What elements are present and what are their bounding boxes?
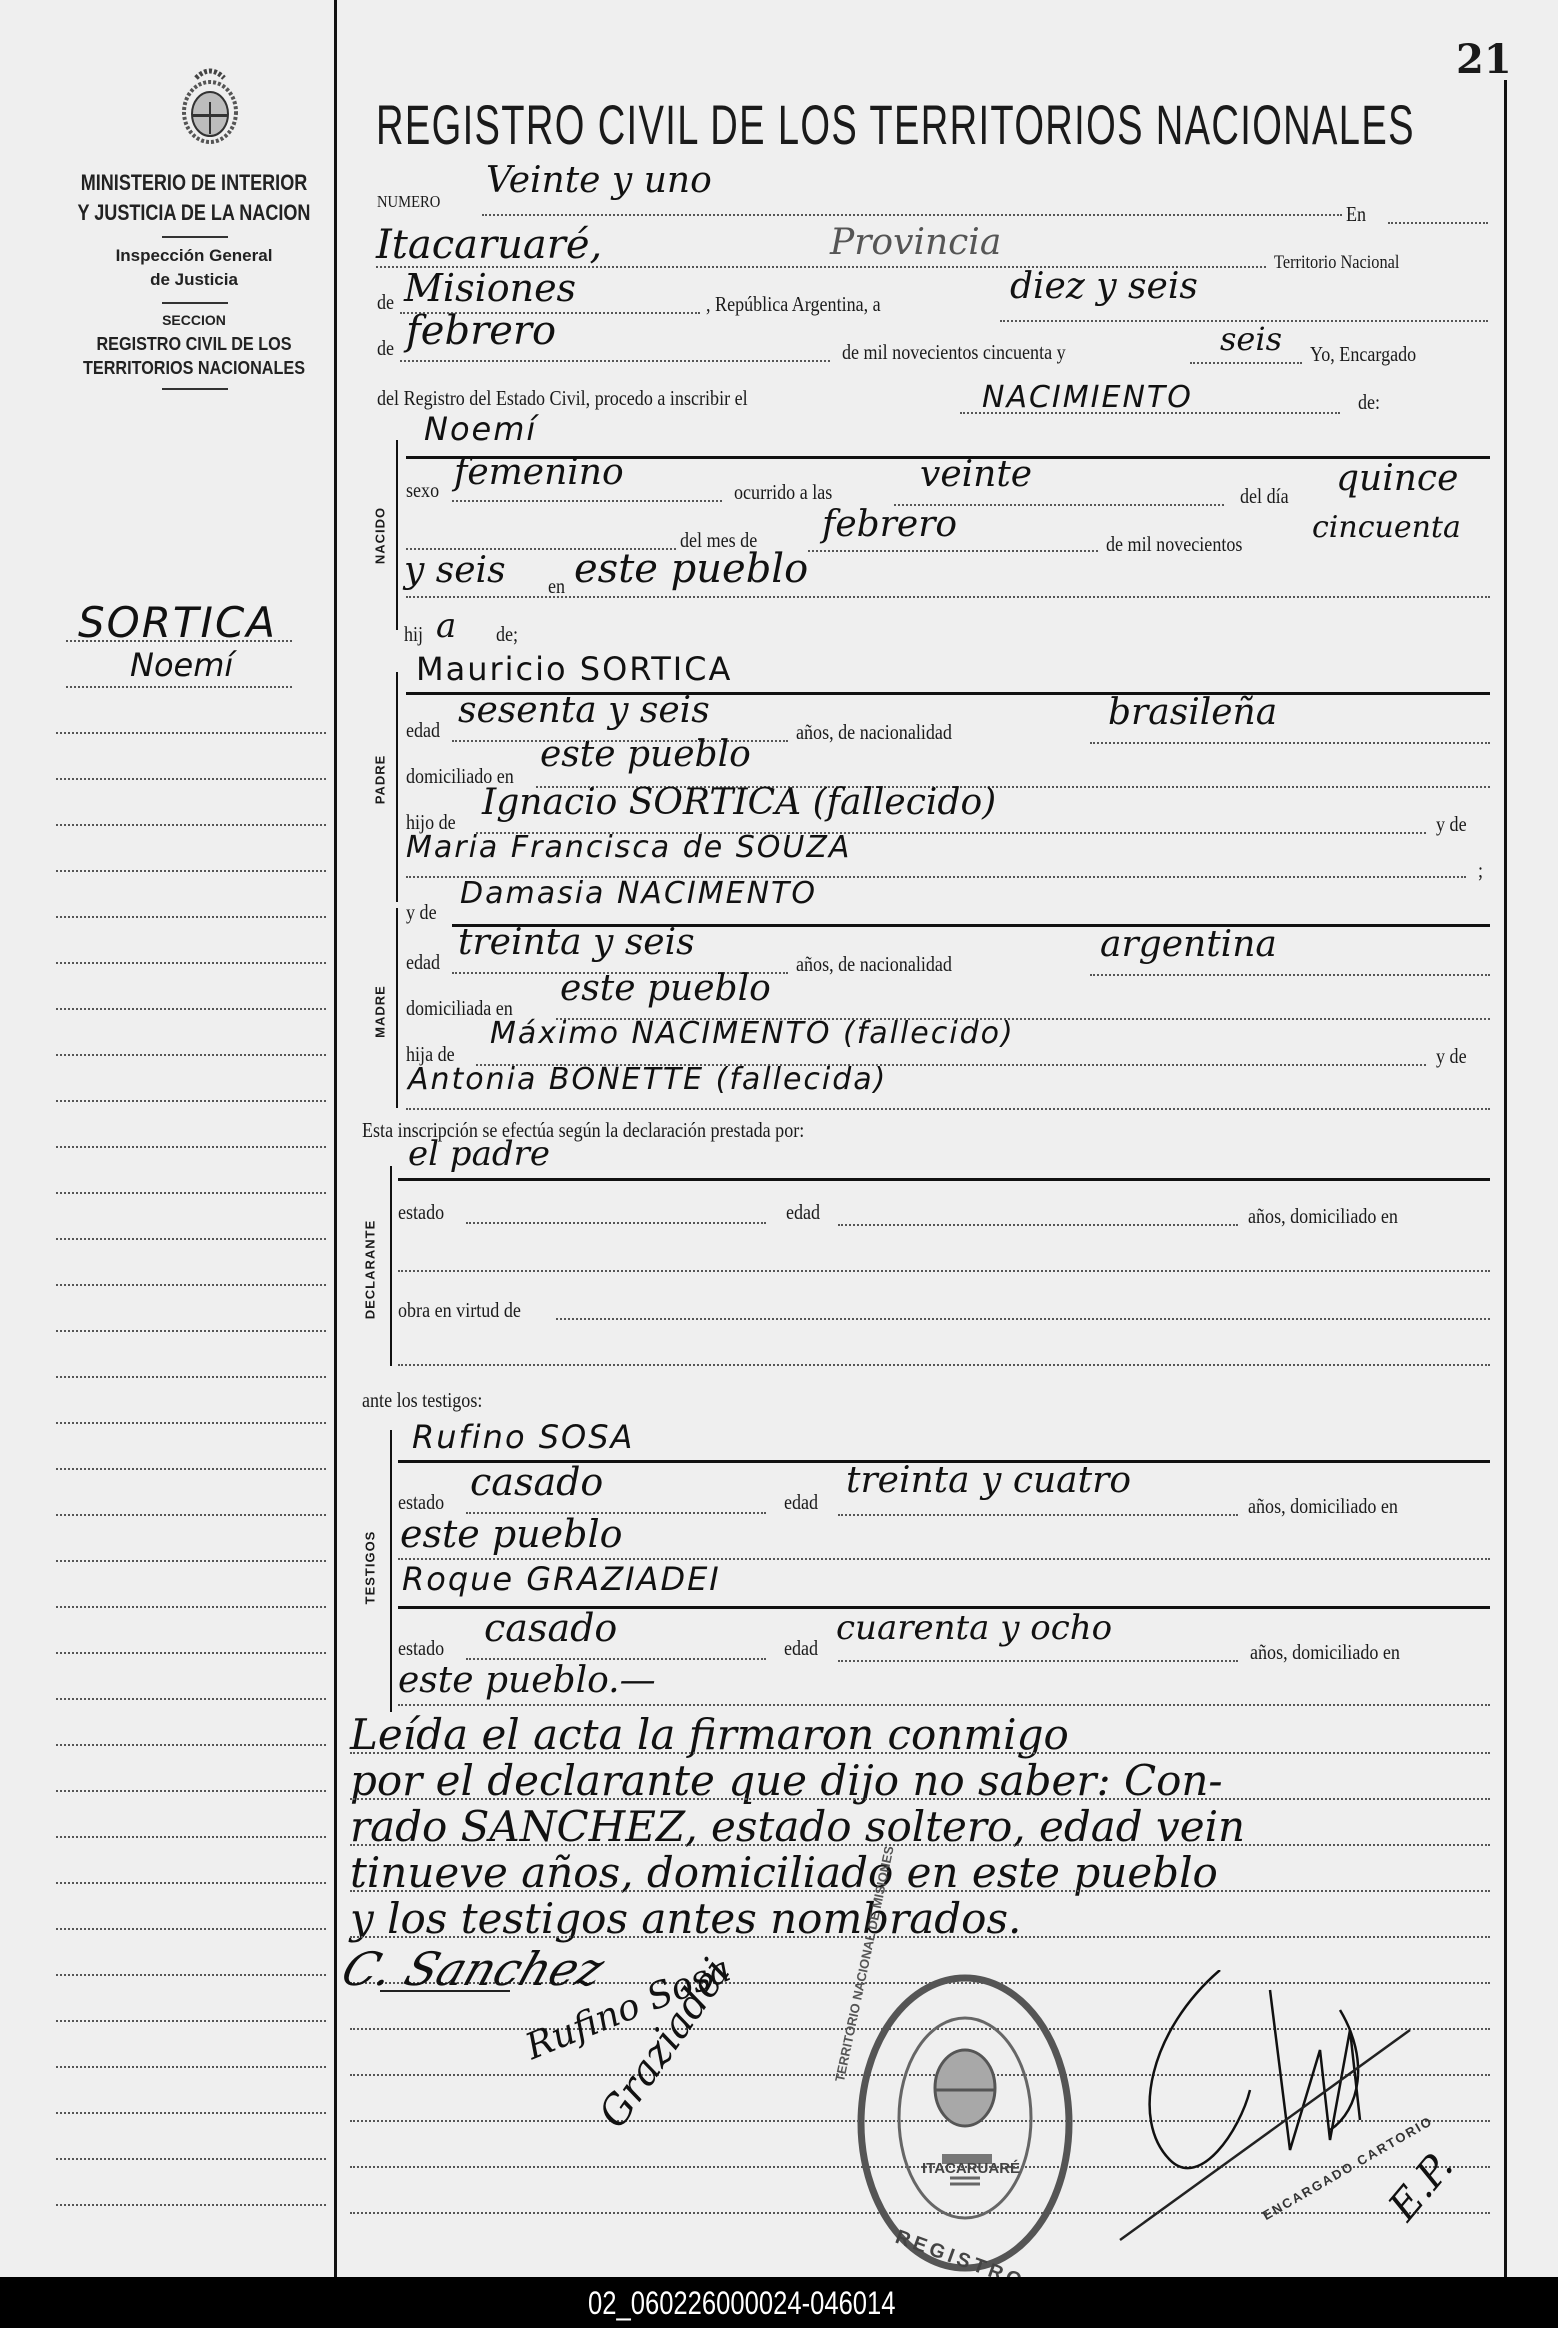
dotted-line <box>482 214 1342 216</box>
margin-dotted-line <box>66 686 292 688</box>
province-value: Misiones <box>404 266 576 310</box>
dotted-line <box>398 1704 1490 1706</box>
padre-hijo-de-value: Ignacio SORTICA (fallecido) <box>482 782 996 823</box>
madre-y-de-label: y de <box>406 900 437 925</box>
separator <box>162 388 228 390</box>
margin-dotted-line <box>56 1790 326 1792</box>
ministry-line-2: Y JUSTICIA DE LA NACION <box>71 200 317 226</box>
padre-madre-name: Maria Francisca de SOUZA <box>406 830 851 865</box>
margin-dotted-line <box>56 916 326 918</box>
padre-edad-label: edad <box>406 718 440 743</box>
margin-dotted-line <box>66 640 292 642</box>
de-label: de <box>377 290 394 315</box>
declarante-value: el padre <box>408 1134 550 1174</box>
year-value: seis <box>1220 320 1282 358</box>
padre-y-de-label: y de <box>1436 812 1467 837</box>
territorio-label: Territorio Nacional <box>1274 252 1399 274</box>
margin-dotted-line <box>56 1468 326 1470</box>
madre-edad-value: treinta y seis <box>458 922 695 963</box>
numero-label: NUMERO <box>377 192 440 212</box>
de-semicolon-label: de; <box>496 622 518 647</box>
stamp-center-text: ITACARUARÉ <box>922 2160 1020 2177</box>
sexo-value: femenino <box>454 452 624 493</box>
madre-nacionalidad-value: argentina <box>1100 924 1277 965</box>
anio-value: cincuenta <box>1312 510 1461 545</box>
section-line-1: REGISTRO CIVIL DE LOS <box>59 334 329 355</box>
margin-dotted-line <box>56 1514 326 1516</box>
declarante-edad-label: edad <box>786 1200 820 1225</box>
section-line-2: TERRITORIOS NACIONALES <box>59 358 329 379</box>
margin-dotted-line <box>56 2112 326 2114</box>
margin-dotted-line <box>56 1606 326 1608</box>
madre-name: Damasia NACIMENTO <box>460 876 817 911</box>
registro-label: del Registro del Estado Civil, procedo a… <box>377 386 748 411</box>
act-type-value: NACIMIENTO <box>982 380 1193 415</box>
declarante-domicilio-label: años, domiciliado en <box>1248 1204 1398 1229</box>
witness-2-domicilio-label: años, domiciliado en <box>1250 1640 1400 1665</box>
witness-2-estado-label: estado <box>398 1636 444 1661</box>
margin-dotted-line <box>56 1652 326 1654</box>
margin-dotted-line <box>56 1284 326 1286</box>
dotted-line <box>350 1890 1490 1892</box>
margin-dotted-line <box>56 1560 326 1562</box>
month-value: febrero <box>406 308 556 354</box>
witness-1-domicilio-label: años, domiciliado en <box>1248 1494 1398 1519</box>
witness-1-edad-value: treinta y cuatro <box>846 1460 1131 1501</box>
margin-dotted-line <box>56 870 326 872</box>
madre-section-label: MADRE <box>373 982 388 1042</box>
page-number: 21 <box>1456 36 1512 83</box>
section-rule <box>398 1178 1490 1181</box>
de2-label: de <box>377 336 394 361</box>
padre-nacionalidad-value: brasileña <box>1108 692 1277 733</box>
scan-id: 02_060226000024-046014 <box>588 2285 896 2322</box>
margin-dotted-line <box>56 1238 326 1240</box>
dotted-line <box>1190 362 1302 364</box>
witness-1-domicilio-value: este pueblo <box>400 1512 622 1556</box>
madre-y-de-label-2: y de <box>1436 1044 1467 1069</box>
margin-dotted-line <box>56 2204 326 2206</box>
hij-value: a <box>436 606 456 646</box>
dotted-line <box>960 412 1340 414</box>
margin-dotted-line <box>56 732 326 734</box>
madre-domicilio-value: este pueblo <box>560 968 771 1009</box>
year-label: de mil novecientos cincuenta y <box>842 340 1066 365</box>
madre-edad-label: edad <box>406 950 440 975</box>
nacido-section-label: NACIDO <box>373 506 388 566</box>
republica-label: , República Argentina, a <box>706 292 881 317</box>
margin-dotted-line <box>56 2066 326 2068</box>
dotted-line <box>350 1936 1490 1938</box>
padre-nacionalidad-label: años, de nacionalidad <box>796 720 952 745</box>
inspection-line-2: de Justicia <box>44 270 344 290</box>
separator <box>162 236 228 238</box>
margin-given-name: Noemí <box>130 646 233 684</box>
testigos-section-label: TESTIGOS <box>363 1528 378 1608</box>
dotted-line <box>398 1270 1490 1272</box>
dotted-line <box>452 500 722 502</box>
declarante-section-label: DECLARANTE <box>363 1220 378 1320</box>
nacido-bracket <box>396 440 404 630</box>
margin-dotted-line <box>56 1422 326 1424</box>
section-label: SECCION <box>44 312 344 328</box>
declarant-signature: C. Sanchez <box>335 1942 611 1996</box>
padre-bracket <box>396 672 404 902</box>
margin-dotted-line <box>56 1330 326 1332</box>
semicolon: ; <box>1478 858 1483 883</box>
dotted-line <box>350 1798 1490 1800</box>
margin-dotted-line <box>56 1836 326 1838</box>
witness-1-name: Rufino SOSA <box>412 1418 634 1456</box>
dotted-line <box>1090 742 1490 744</box>
hora-value: veinte <box>920 454 1032 495</box>
dotted-line <box>350 1844 1490 1846</box>
margin-dotted-line <box>56 2020 326 2022</box>
margin-dotted-line <box>56 1698 326 1700</box>
margin-dotted-line <box>56 1054 326 1056</box>
dotted-line <box>838 1514 1238 1516</box>
inspection-line-1: Inspección General <box>44 246 344 266</box>
separator <box>162 302 228 304</box>
dotted-line <box>838 1224 1238 1226</box>
en-label: En <box>1346 202 1366 227</box>
dotted-line <box>466 1222 766 1224</box>
madre-nacionalidad-label: años, de nacionalidad <box>796 952 952 977</box>
registry-page: 21 MINISTERIO DE INTERIOR Y JUSTICIA DE … <box>0 0 1558 2277</box>
padre-edad-value: sesenta y seis <box>458 690 710 731</box>
margin-divider <box>334 0 337 2277</box>
hora-label: ocurrido a las <box>734 480 832 505</box>
margin-dotted-line <box>56 962 326 964</box>
padre-name: Mauricio SORTICA <box>416 650 732 688</box>
official-stamp-icon <box>850 1968 1080 2278</box>
right-border <box>1504 80 1507 2277</box>
dotted-line <box>1388 222 1488 224</box>
page-title: REGISTRO CIVIL DE LOS TERRITORIOS NACION… <box>376 92 1415 157</box>
declarante-estado-label: estado <box>398 1200 444 1225</box>
padre-domicilio-value: este pueblo <box>540 734 751 775</box>
coat-of-arms-icon <box>168 62 252 152</box>
witness-1-estado-value: casado <box>470 1460 603 1504</box>
testigos-intro: ante los testigos: <box>362 1388 482 1413</box>
hij-label: hij <box>404 622 423 647</box>
lugar-value: este pueblo <box>574 546 808 592</box>
de-colon-label: de: <box>1358 390 1380 415</box>
day-value: diez y seis <box>1010 266 1198 307</box>
obra-label: obra en virtud de <box>398 1298 521 1323</box>
margin-dotted-line <box>56 1146 326 1148</box>
mes-value: febrero <box>822 504 957 545</box>
witness-2-edad-value: cuarenta y ocho <box>836 1608 1112 1648</box>
margin-dotted-line <box>56 1100 326 1102</box>
margin-dotted-line <box>56 1928 326 1930</box>
margin-dotted-line <box>56 1008 326 1010</box>
scan-footer: 02_060226000024-046014 <box>0 2277 1558 2328</box>
dotted-line <box>406 596 1490 598</box>
dotted-line <box>400 360 830 362</box>
madre-bracket <box>396 908 404 1108</box>
witness-2-estado-value: casado <box>484 1606 617 1650</box>
encargado-label: Yo, Encargado <box>1310 342 1416 367</box>
dotted-line <box>406 1108 1490 1110</box>
sexo-label: sexo <box>406 478 439 503</box>
margin-dotted-line <box>56 1744 326 1746</box>
declarante-bracket <box>390 1166 398 1366</box>
witness-2-domicilio-value: este pueblo.— <box>398 1660 656 1701</box>
margin-dotted-line <box>56 778 326 780</box>
dia-label: del día <box>1240 484 1289 509</box>
testigos-bracket <box>390 1430 398 1712</box>
madre-hija-de-value: Máximo NACIMENTO (fallecido) <box>490 1016 1015 1051</box>
provincia-value: Provincia <box>830 222 1001 263</box>
witness-1-edad-label: edad <box>784 1490 818 1515</box>
margin-dotted-line <box>56 2158 326 2160</box>
madre-madre-name: Antonia BONETTE (fallecida) <box>408 1062 887 1097</box>
padre-section-label: PADRE <box>373 750 388 810</box>
dotted-line <box>838 1660 1238 1662</box>
child-name: Noemí <box>424 410 537 448</box>
witness-2-name: Roque GRAZIADEI <box>402 1560 721 1598</box>
margin-dotted-line <box>56 1192 326 1194</box>
anio-label: de mil novecientos <box>1106 532 1242 557</box>
dotted-line <box>398 1364 1490 1366</box>
witness-2-edad-label: edad <box>784 1636 818 1661</box>
dotted-line <box>1090 974 1490 976</box>
margin-dotted-line <box>56 1974 326 1976</box>
place-value: Itacaruaré, <box>376 222 602 268</box>
margin-dotted-line <box>56 1376 326 1378</box>
signature-underline <box>380 1990 510 1992</box>
registrar-signature-icon <box>1110 1970 1490 2270</box>
margin-dotted-line <box>56 1882 326 1884</box>
numero-value: Veinte y uno <box>486 160 712 201</box>
dotted-line <box>350 1752 1490 1754</box>
dotted-line <box>808 550 1098 552</box>
anio-value-continued: y seis <box>404 550 506 591</box>
dia-value: quince <box>1336 458 1458 499</box>
dotted-line <box>556 1318 1490 1320</box>
margin-dotted-line <box>56 824 326 826</box>
ministry-line-1: MINISTERIO DE INTERIOR <box>71 170 317 196</box>
